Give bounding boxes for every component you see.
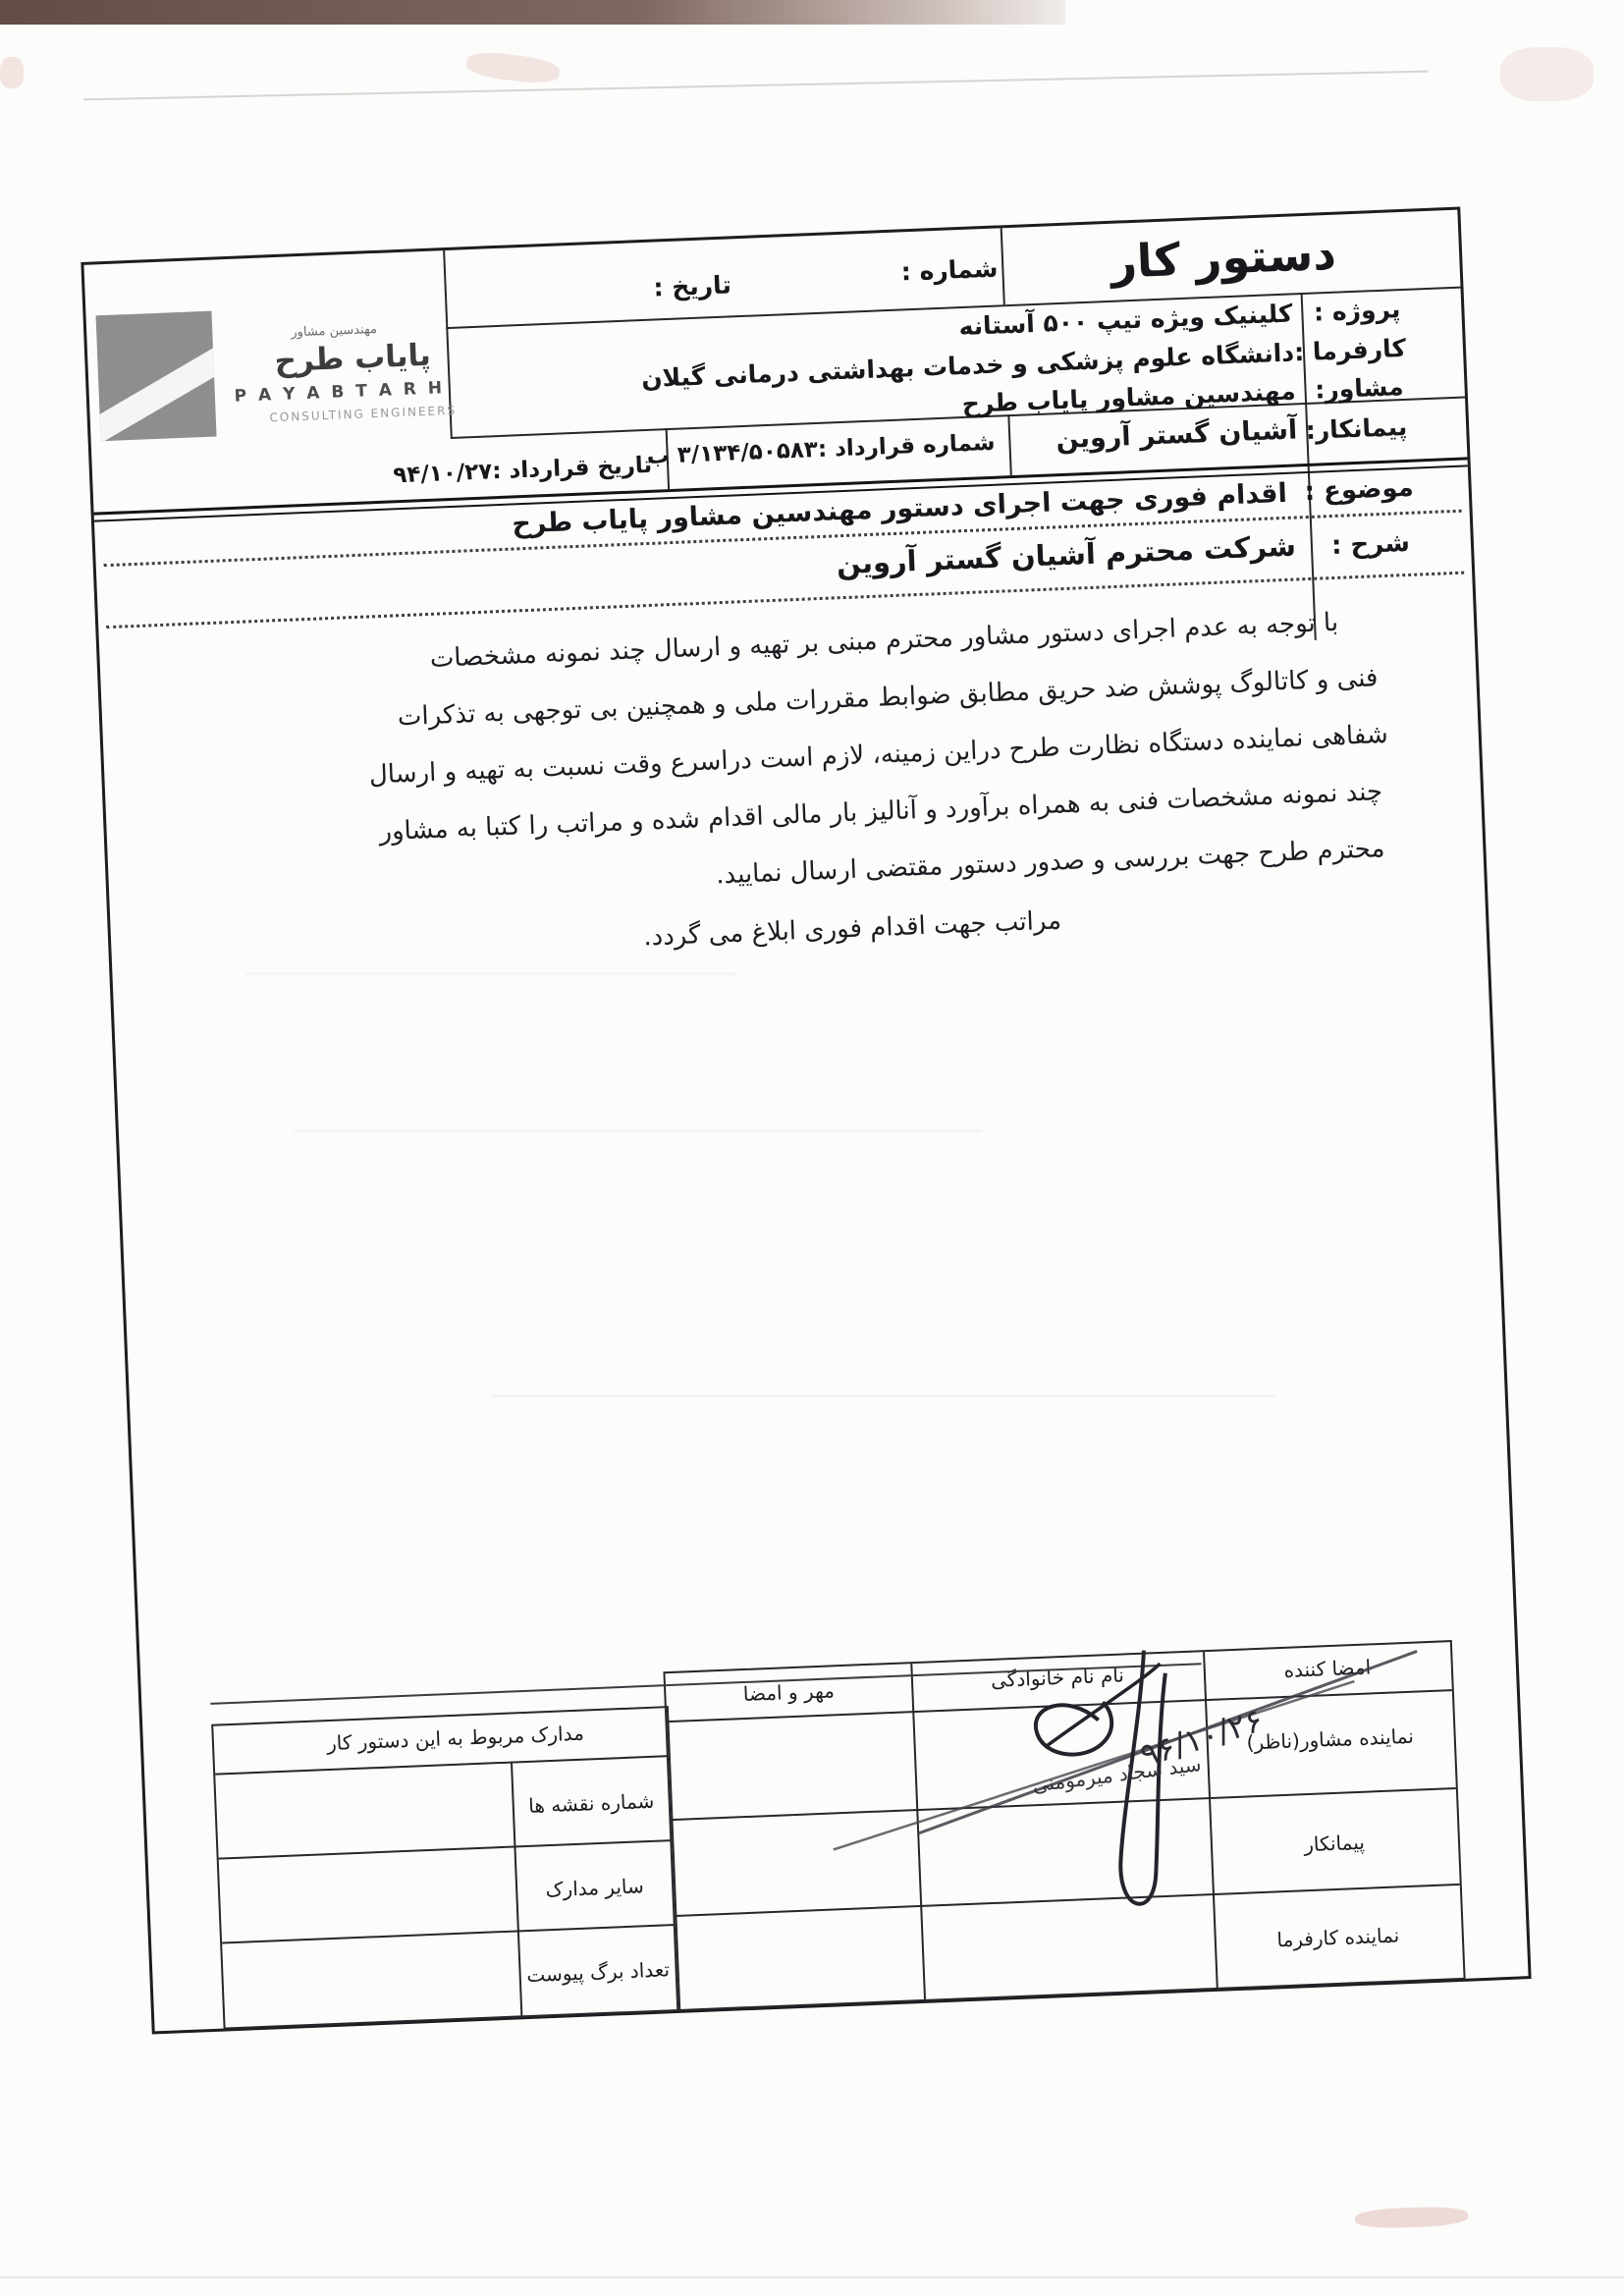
scan-smudge — [0, 57, 24, 88]
divider-contract-a — [1007, 414, 1011, 475]
contract-number: شماره قرارداد :۳/۱۳۴/۵۰۵۸۳ ب — [646, 430, 996, 469]
doc-row-line — [215, 1755, 669, 1776]
scan-artifact-top-band — [0, 0, 1065, 25]
consultant-label: مشاور: — [1315, 372, 1404, 405]
divider-title-cell — [1001, 228, 1005, 304]
documents-table-header: مدارک مربوط به این دستور کار — [253, 1719, 659, 1759]
contract-date-value: ۹۴/۱۰/۲۷ — [393, 459, 493, 488]
logo-subtitle-en: CONSULTING ENGINEERS — [255, 403, 471, 425]
body-line: شفاهی نماینده دستگاه نظارت طرح دراین زمی… — [368, 720, 1388, 791]
handwritten-date-text: ۹۶/۱۰/۲۶ — [1135, 1701, 1267, 1775]
scan-artifact-bottom-line — [0, 2276, 1624, 2278]
contractor-label: پیمانکار: — [1305, 412, 1408, 445]
subject-label: موضوع : — [1304, 473, 1414, 507]
number-label: شماره : — [900, 253, 999, 286]
consultant-value: مهندسین مشاور پایاب طرح — [961, 376, 1296, 418]
documents-table: مدارک مربوط به این دستور کار شماره نقشه … — [211, 1706, 680, 2029]
scanned-page: دستور کار شماره : تاریخ : مهندسین مشاور … — [0, 0, 1624, 2296]
scan-smudge — [1500, 47, 1594, 101]
contract-date: تاریخ قرارداد :۹۴/۱۰/۲۷ — [393, 453, 653, 489]
body-line: با توجه به عدم اجرای دستور مشاور محترم م… — [429, 608, 1338, 674]
doc-row-line — [222, 1924, 676, 1944]
scan-smudge — [1355, 2206, 1469, 2229]
project-label: پروژه : — [1313, 295, 1400, 327]
date-label: تاریخ : — [653, 270, 731, 301]
contract-number-label: شماره قرارداد : — [817, 430, 996, 463]
description-label: شرح : — [1330, 528, 1410, 561]
logo-tagline-fa: مهندسین مشاور — [291, 319, 438, 340]
body-line: فنی و کاتالوگ پوشش ضد حریق مطابق ضوابط م… — [397, 663, 1379, 732]
signature-overlay: سید سجاد میرمومنی ۹۶/۱۰/۲۶ — [817, 1610, 1478, 1959]
contractor-value: آشیان گستر آروین — [1056, 414, 1298, 455]
doc-row-drawings: شماره نقشه ها — [512, 1788, 671, 1818]
company-logo — [96, 311, 217, 442]
doc-row-attachments: تعداد برگ پیوست — [518, 1957, 677, 1987]
doc-row-line — [219, 1839, 673, 1860]
scan-smudge — [465, 49, 561, 85]
body-line: محترم طرح جهت بررسی و صدور دستور مقتضی ا… — [716, 834, 1385, 890]
logo-name-en: P A Y A B T A R H — [227, 378, 454, 407]
doc-row-other: سایر مدارک — [515, 1873, 675, 1902]
client-label: کارفرما : — [1294, 334, 1407, 367]
logo-stripe — [96, 344, 217, 441]
scan-artifact-line — [83, 71, 1429, 101]
form-title: دستور کار — [1046, 224, 1401, 291]
header-row-line — [446, 287, 1460, 329]
logo-name-fa: پایاب طرح — [274, 337, 440, 379]
body-line: چند نمونه مشخصات فنی به همراه برآورد و آ… — [379, 777, 1383, 847]
contract-date-label: تاریخ قرارداد : — [492, 453, 653, 485]
description-value: شرکت محترم آشیان گستر آروین — [836, 529, 1296, 581]
body-line: مراتب جهت اقدام فوری ابلاغ می گردد. — [643, 905, 1062, 952]
contract-number-value: ۳/۱۳۴/۵۰۵۸۳ ب — [646, 437, 818, 469]
work-order-form: دستور کار شماره : تاریخ : مهندسین مشاور … — [81, 207, 1531, 2035]
